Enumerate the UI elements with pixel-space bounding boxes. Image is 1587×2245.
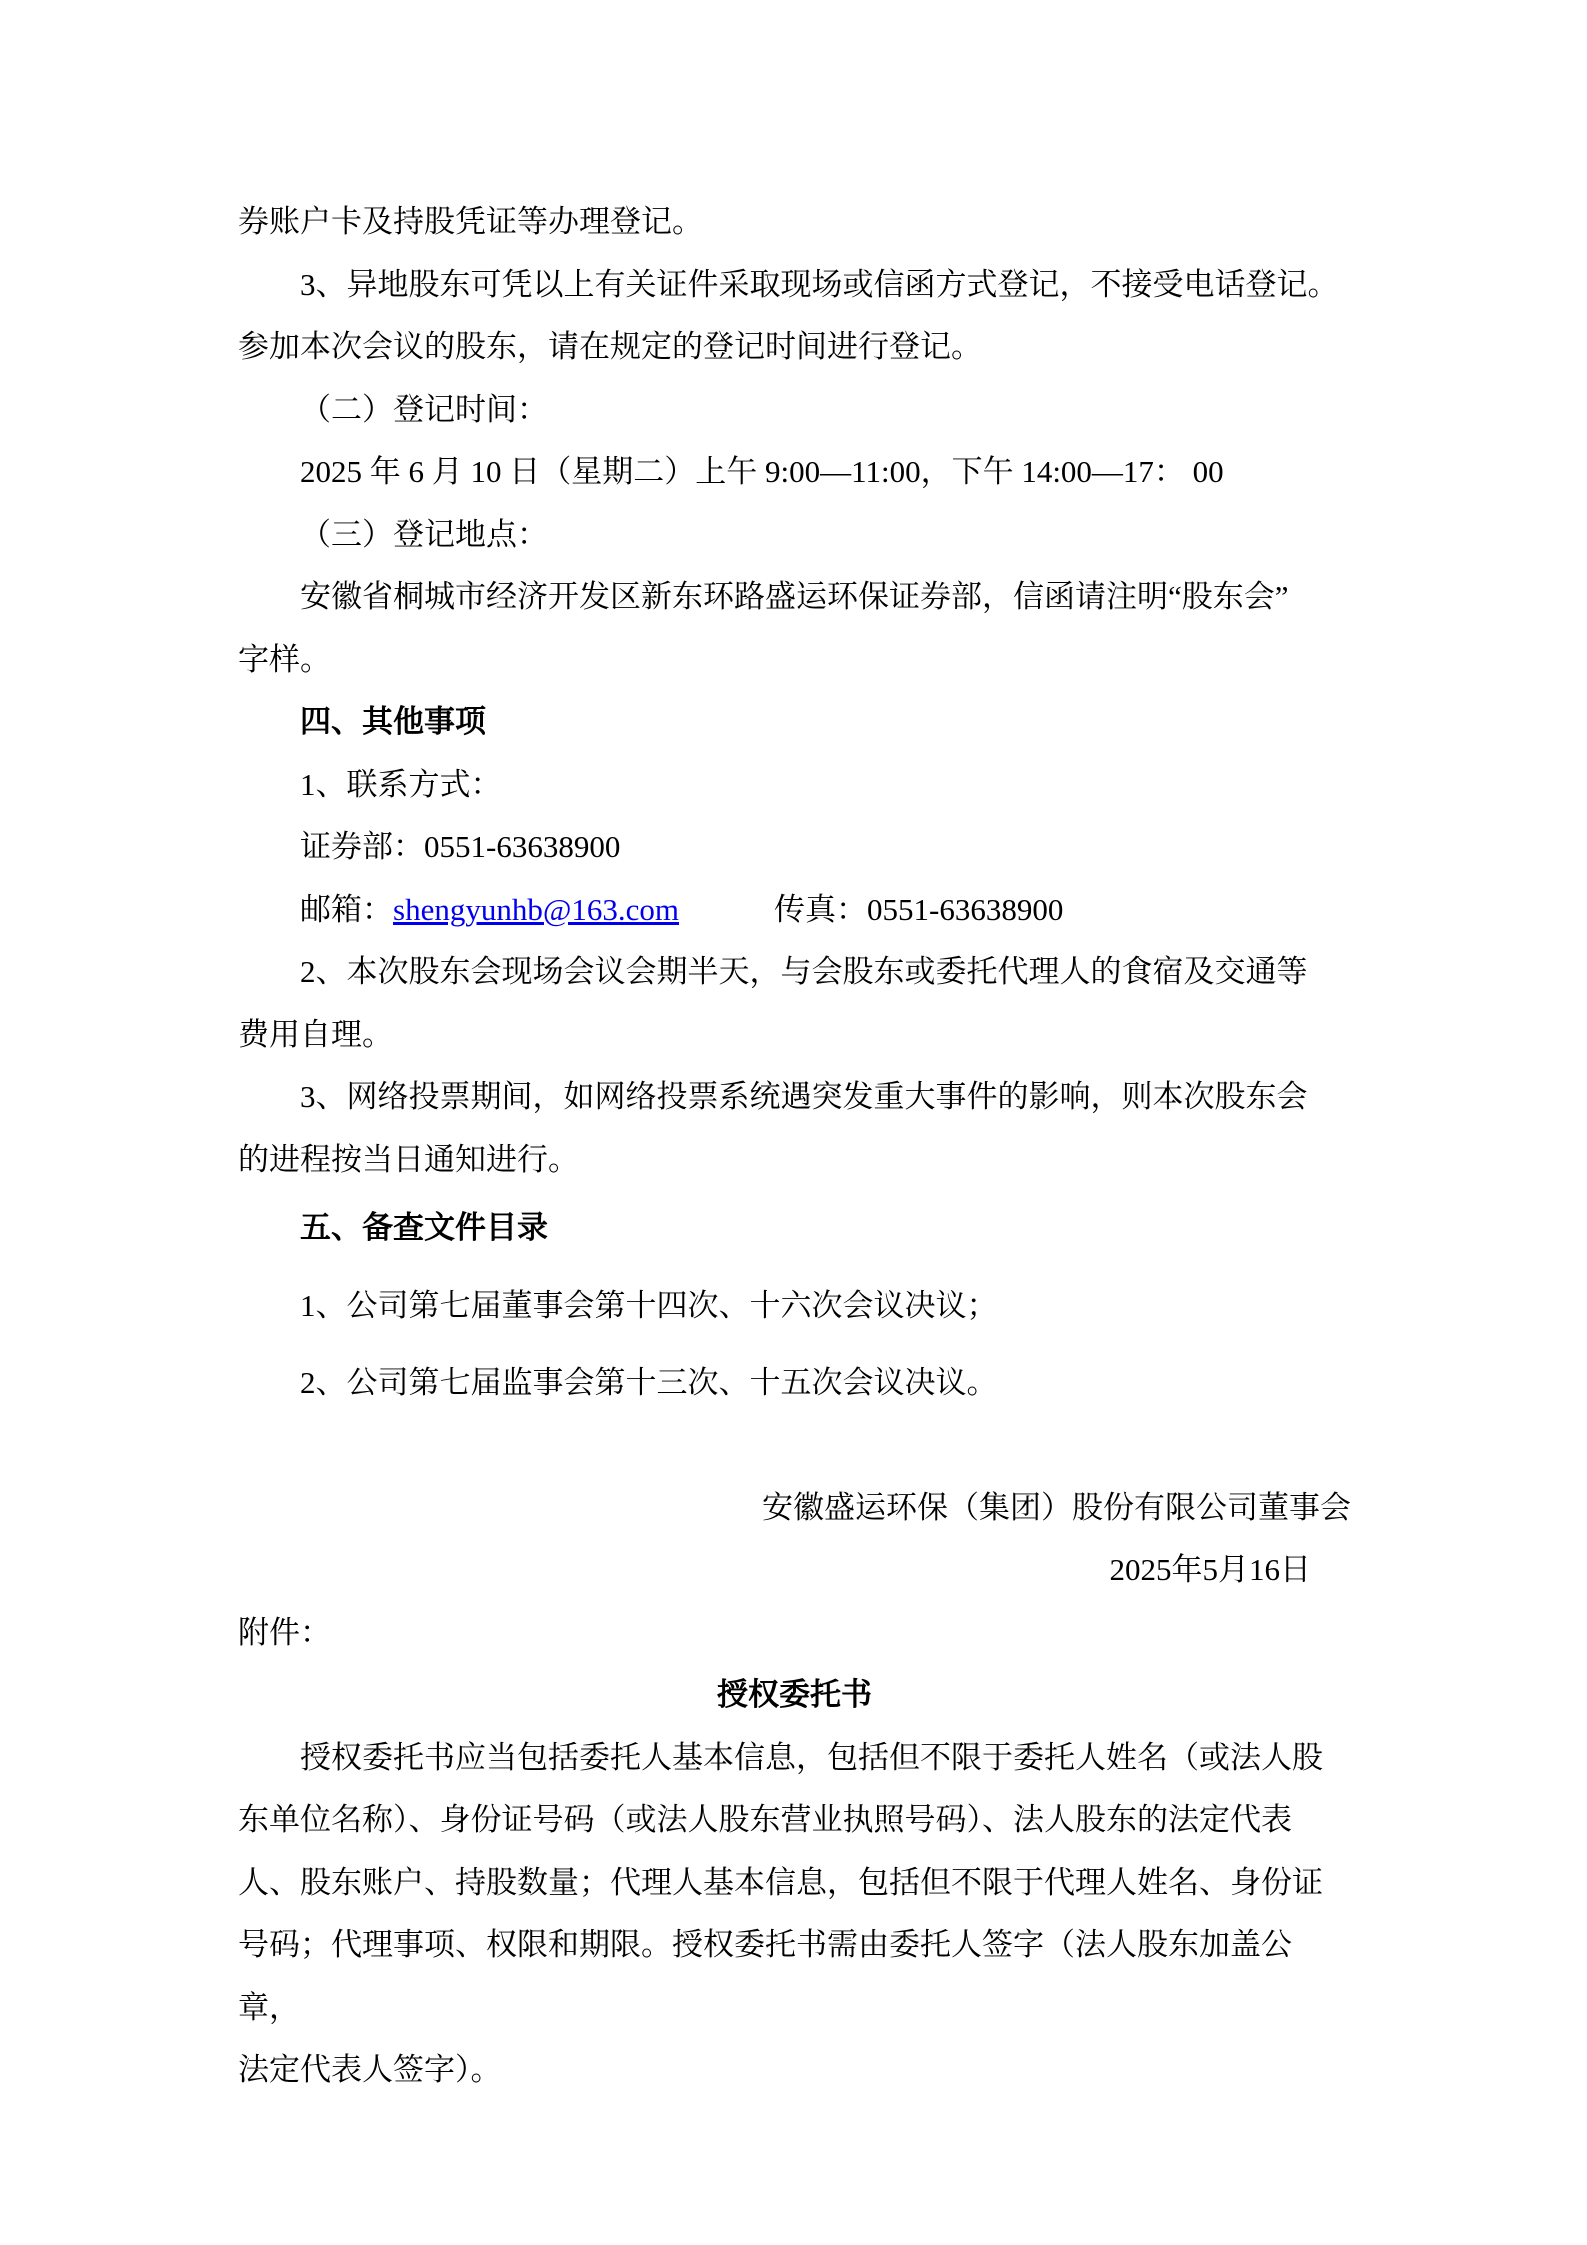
registration-item3-line2: 参加本次会议的股东，请在规定的登记时间进行登记。 <box>238 316 1351 379</box>
registration-place-line1: 安徽省桐城市经济开发区新东环路盛运环保证券部，信函请注明“股东会” <box>238 566 1351 629</box>
registration-place-heading: （三）登记地点： <box>238 504 1351 567</box>
registration-cont-line: 券账户卡及持股凭证等办理登记。 <box>238 191 1351 254</box>
attachment-para-line1: 授权委托书应当包括委托人基本信息，包括但不限于委托人姓名（或法人股 <box>238 1727 1351 1790</box>
contact-email-line: 邮箱：shengyunhb@163.com传真：0551-63638900 <box>238 879 1351 942</box>
email-label: 邮箱： <box>300 892 393 927</box>
attachment-para-line4: 号码；代理事项、权限和期限。授权委托书需由委托人签字（法人股东加盖公章， <box>238 1914 1351 2039</box>
attachment-para-line3: 人、股东账户、持股数量；代理人基本信息，包括但不限于代理人姓名、身份证 <box>238 1852 1351 1915</box>
contact-heading: 1、联系方式： <box>238 754 1351 817</box>
signature-date: 2025年5月16日 <box>238 1539 1351 1602</box>
attachment-para-line5: 法定代表人签字）。 <box>238 2039 1351 2102</box>
attachment-para-line2: 东单位名称）、身份证号码（或法人股东营业执照号码）、法人股东的法定代表 <box>238 1789 1351 1852</box>
fax-label: 传真：0551-63638900 <box>774 892 1063 927</box>
other-item3-line2: 的进程按当日通知进行。 <box>238 1129 1351 1192</box>
other-item3-line1: 3、网络投票期间，如网络投票系统遇突发重大事件的影响，则本次股东会 <box>238 1066 1351 1129</box>
reference-item1: 1、公司第七届董事会第十四次、十六次会议决议； <box>238 1275 1351 1338</box>
other-item2-line1: 2、本次股东会现场会议会期半天，与会股东或委托代理人的食宿及交通等 <box>238 941 1351 1004</box>
registration-time-value: 2025 年 6 月 10 日（星期二）上午 9:00—11:00，下午 14:… <box>238 441 1351 504</box>
section5-heading: 五、备查文件目录 <box>238 1197 1351 1260</box>
attachment-label: 附件： <box>238 1602 1351 1665</box>
email-link[interactable]: shengyunhb@163.com <box>393 892 679 927</box>
contact-phone: 证券部：0551-63638900 <box>238 816 1351 879</box>
registration-place-line2: 字样。 <box>238 629 1351 692</box>
registration-time-heading: （二）登记时间： <box>238 379 1351 442</box>
signature-company: 安徽盛运环保（集团）股份有限公司董事会 <box>238 1477 1351 1540</box>
reference-item2: 2、公司第七届监事会第十三次、十五次会议决议。 <box>238 1352 1351 1415</box>
section4-heading: 四、其他事项 <box>238 691 1351 754</box>
other-item2-line2: 费用自理。 <box>238 1004 1351 1067</box>
document-page: 券账户卡及持股凭证等办理登记。 3、异地股东可凭以上有关证件采取现场或信函方式登… <box>0 0 1587 2245</box>
document-body: 券账户卡及持股凭证等办理登记。 3、异地股东可凭以上有关证件采取现场或信函方式登… <box>238 191 1351 2102</box>
registration-item3-line1: 3、异地股东可凭以上有关证件采取现场或信函方式登记，不接受电话登记。 <box>238 254 1351 317</box>
attachment-title: 授权委托书 <box>238 1664 1351 1727</box>
